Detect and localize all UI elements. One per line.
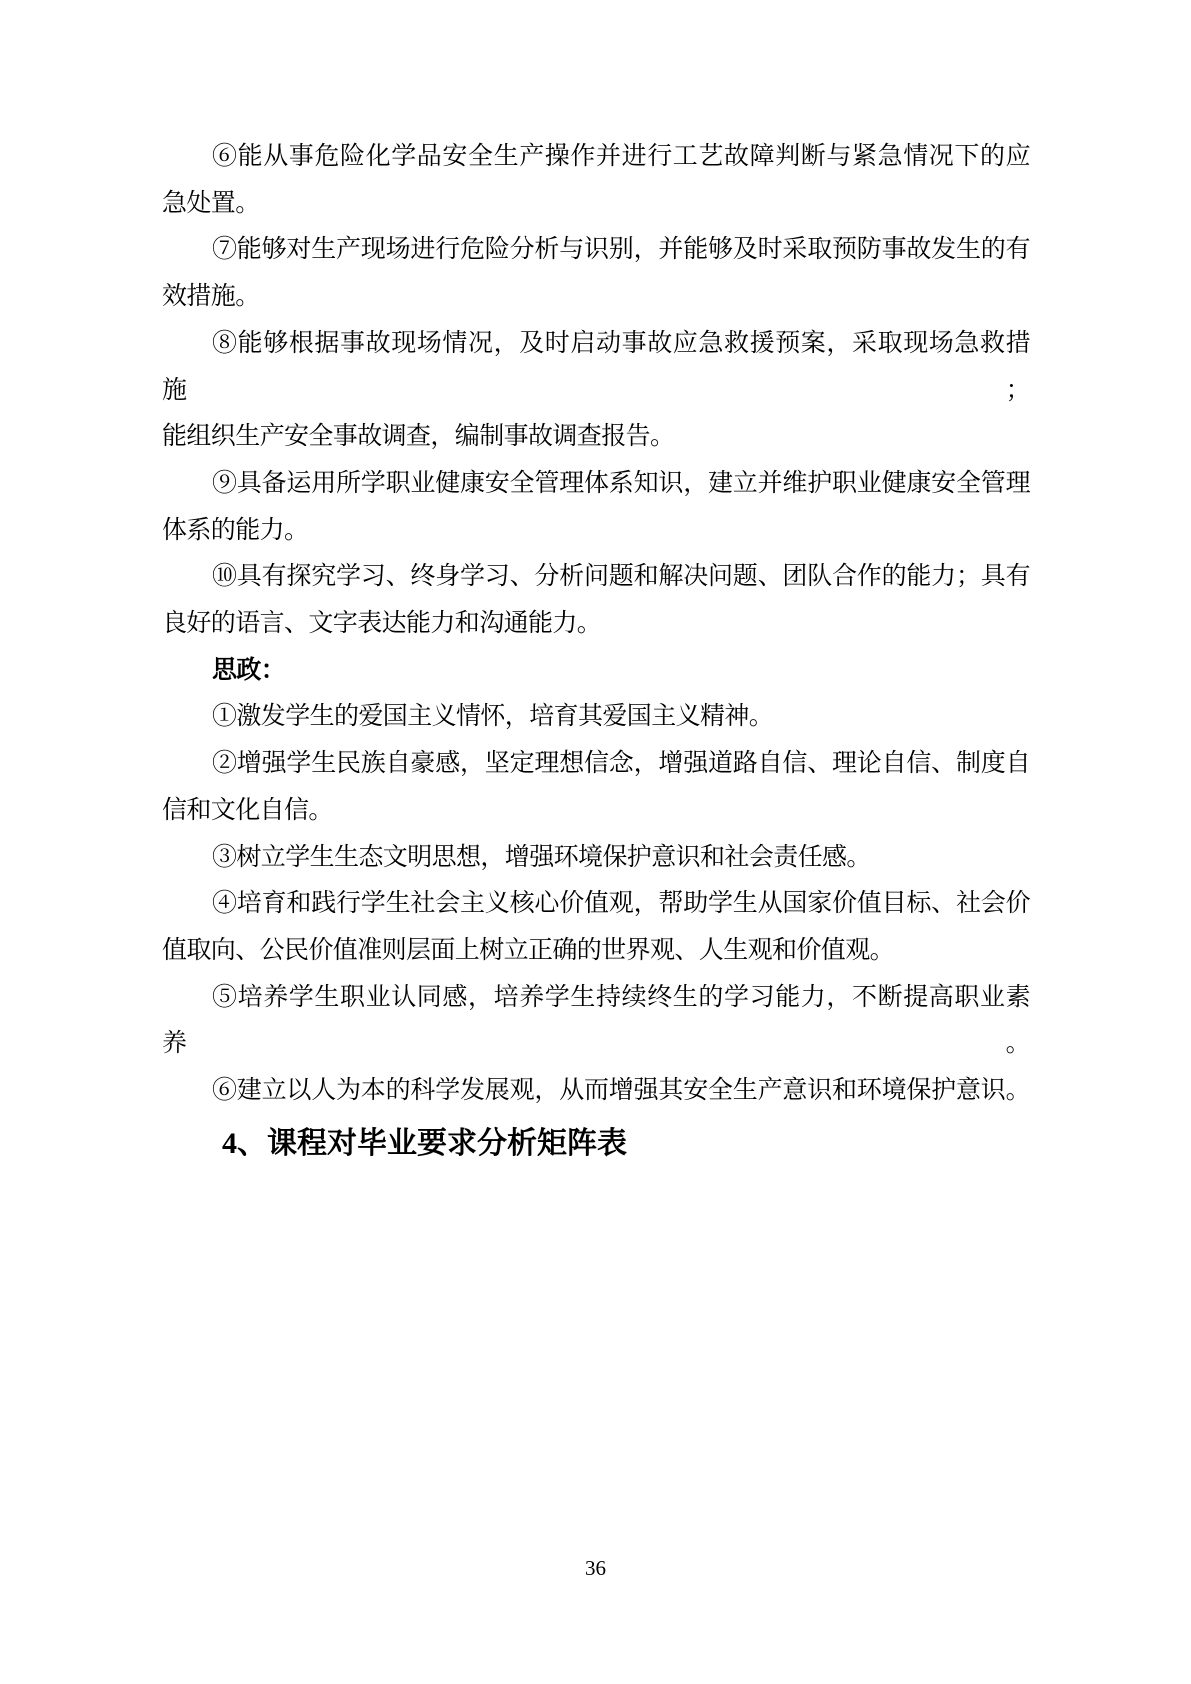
- body-line: ①激发学生的爱国主义情怀，培育其爱国主义精神。: [162, 694, 1030, 741]
- body-line: 急处置。: [162, 181, 1030, 228]
- body-line: ⑦能够对生产现场进行危险分析与识别，并能够及时采取预防事故发生的有: [162, 227, 1030, 274]
- section-heading: 4、课程对毕业要求分析矩阵表: [162, 1115, 1030, 1173]
- body-line: 值取向、公民价值准则层面上树立正确的世界观、人生观和价值观。: [162, 928, 1030, 975]
- subheading-sizheng: 思政：: [162, 648, 1030, 695]
- document-page: ⑥能从事危险化学品安全生产操作并进行工艺故障判断与紧急情况下的应 急处置。 ⑦能…: [0, 0, 1191, 1684]
- body-line: ⑧能够根据事故现场情况，及时启动事故应急救援预案，采取现场急救措施；: [162, 321, 1030, 414]
- page-number: 36: [0, 1556, 1191, 1581]
- body-line: 能组织生产安全事故调查，编制事故调查报告。: [162, 414, 1030, 461]
- body-line: ④培育和践行学生社会主义核心价值观，帮助学生从国家价值目标、社会价: [162, 881, 1030, 928]
- body-line: ②增强学生民族自豪感，坚定理想信念，增强道路自信、理论自信、制度自: [162, 741, 1030, 788]
- body-line: ⑨具备运用所学职业健康安全管理体系知识，建立并维护职业健康安全管理: [162, 461, 1030, 508]
- body-line: ③树立学生生态文明思想，增强环境保护意识和社会责任感。: [162, 835, 1030, 882]
- body-line: ⑤培养学生职业认同感，培养学生持续终生的学习能力，不断提高职业素养。: [162, 975, 1030, 1068]
- body-line: 体系的能力。: [162, 508, 1030, 555]
- body-line: ⑩具有探究学习、终身学习、分析问题和解决问题、团队合作的能力；具有: [162, 554, 1030, 601]
- body-line: ⑥能从事危险化学品安全生产操作并进行工艺故障判断与紧急情况下的应: [162, 134, 1030, 181]
- body-line: 良好的语言、文字表达能力和沟通能力。: [162, 601, 1030, 648]
- body-line: ⑥建立以人为本的科学发展观，从而增强其安全生产意识和环境保护意识。: [162, 1068, 1030, 1115]
- body-line: 效措施。: [162, 274, 1030, 321]
- document-body: ⑥能从事危险化学品安全生产操作并进行工艺故障判断与紧急情况下的应 急处置。 ⑦能…: [162, 134, 1030, 1173]
- body-line: 信和文化自信。: [162, 788, 1030, 835]
